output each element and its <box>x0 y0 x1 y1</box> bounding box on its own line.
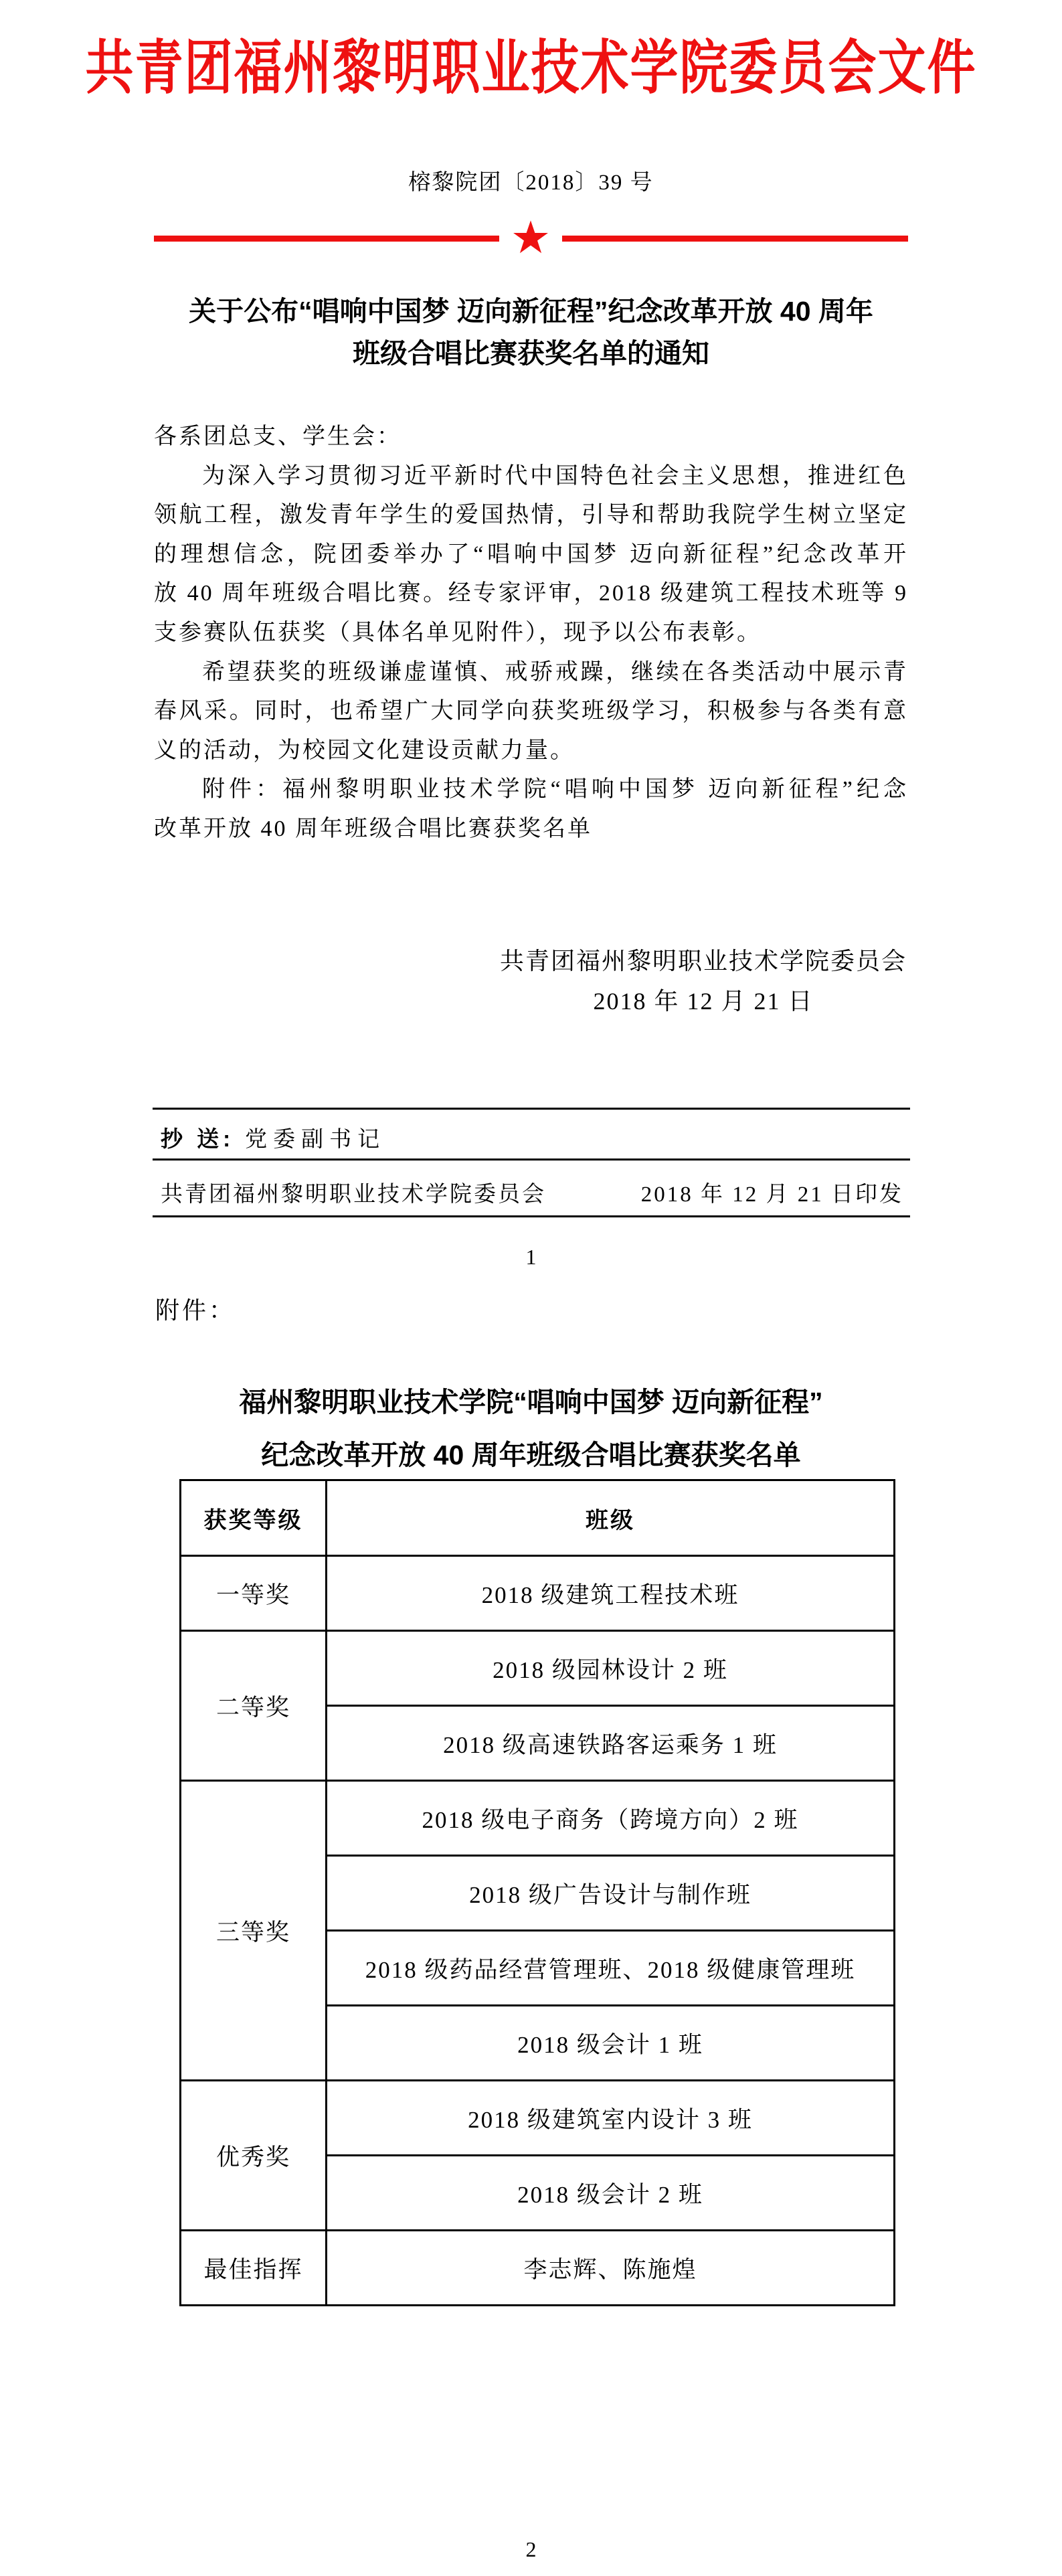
doc-number: 榕黎院团〔2018〕39 号 <box>0 165 1062 196</box>
class-cell: 2018 级园林设计 2 班 <box>327 1631 895 1706</box>
award-cell: 二等奖 <box>181 1631 327 1781</box>
class-cell: 2018 级电子商务（跨境方向）2 班 <box>327 1781 895 1856</box>
body-line: 为深入学习贯彻习近平新时代中国特色社会主义思想，推进红色 <box>154 457 908 497</box>
imprint-line: 共青团福州黎明职业技术学院委员会 2018 年 12 月 21 日印发 <box>161 1177 903 1208</box>
attachment-title: 福州黎明职业技术学院“唱响中国梦 迈向新征程” 纪念改革开放 40 周年班级合唱… <box>0 1376 1062 1482</box>
table-row: 一等奖 2018 级建筑工程技术班 <box>181 1556 895 1631</box>
class-cell: 2018 级高速铁路客运乘务 1 班 <box>327 1706 895 1781</box>
award-cell: 一等奖 <box>181 1556 327 1631</box>
body-line: 放 40 周年班级合唱比赛。经专家评审，2018 级建筑工程技术班等 9 <box>154 574 908 614</box>
body-line: 义的活动，为校园文化建设贡献力量。 <box>154 732 908 771</box>
page-2-number: 2 <box>0 2537 1062 2562</box>
table-header-class: 班级 <box>327 1480 895 1556</box>
red-star-icon <box>513 220 549 255</box>
table-row: 最佳指挥 李志辉、陈施煌 <box>181 2231 895 2306</box>
cc-line: 抄 送:党委副书记 <box>161 1122 385 1153</box>
class-cell: 2018 级药品经营管理班、2018 级健康管理班 <box>327 1931 895 2006</box>
class-cell: 2018 级会计 2 班 <box>327 2156 895 2231</box>
page-1-number: 1 <box>0 1245 1062 1270</box>
notice-title-line2: 班级合唱比赛获奖名单的通知 <box>0 333 1062 375</box>
red-header-title: 共青团福州黎明职业技术学院委员会文件 <box>0 20 1062 105</box>
class-cell: 李志辉、陈施煌 <box>327 2231 895 2306</box>
table-row: 三等奖 2018 级电子商务（跨境方向）2 班 <box>181 1781 895 1856</box>
attachment-title-line2: 纪念改革开放 40 周年班级合唱比赛获奖名单 <box>0 1429 1062 1482</box>
award-table: 获奖等级 班级 一等奖 2018 级建筑工程技术班 二等奖 2018 级园林设计… <box>179 1479 895 2306</box>
class-cell: 2018 级建筑工程技术班 <box>327 1556 895 1631</box>
class-cell: 2018 级广告设计与制作班 <box>327 1856 895 1931</box>
notice-title: 关于公布“唱响中国梦 迈向新征程”纪念改革开放 40 周年 班级合唱比赛获奖名单… <box>0 290 1062 375</box>
table-header-row: 获奖等级 班级 <box>181 1480 895 1556</box>
signature-org: 共青团福州黎明职业技术学院委员会 <box>500 941 907 981</box>
red-divider-right <box>562 236 908 242</box>
signature-date: 2018 年 12 月 21 日 <box>500 981 907 1021</box>
cc-value: 党委副书记 <box>245 1128 385 1152</box>
imprint-org: 共青团福州黎明职业技术学院委员会 <box>161 1177 546 1208</box>
award-cell: 三等奖 <box>181 1781 327 2081</box>
signature-block: 共青团福州黎明职业技术学院委员会 2018 年 12 月 21 日 <box>500 941 907 1021</box>
table-row: 优秀奖 2018 级建筑室内设计 3 班 <box>181 2081 895 2156</box>
document-page: 共青团福州黎明职业技术学院委员会文件 榕黎院团〔2018〕39 号 关于公布“唱… <box>0 0 1062 2576</box>
cc-divider-middle <box>153 1158 910 1161</box>
body-line: 春风采。同时，也希望广大同学向获奖班级学习，积极参与各类有意 <box>154 692 908 732</box>
attachment-ref-line: 附件：福州黎明职业技术学院“唱响中国梦 迈向新征程”纪念 <box>154 770 908 810</box>
class-cell: 2018 级建筑室内设计 3 班 <box>327 2081 895 2156</box>
attachment-ref-line: 改革开放 40 周年班级合唱比赛获奖名单 <box>154 810 908 849</box>
cc-divider-top <box>153 1108 910 1110</box>
table-row: 二等奖 2018 级园林设计 2 班 <box>181 1631 895 1706</box>
cc-divider-bottom <box>153 1215 910 1217</box>
cc-label: 抄 送: <box>161 1126 234 1151</box>
award-cell: 优秀奖 <box>181 2081 327 2231</box>
body-line: 支参赛队伍获奖（具体名单见附件），现予以公布表彰。 <box>154 614 908 653</box>
class-cell: 2018 级会计 1 班 <box>327 2006 895 2081</box>
body-line: 希望获奖的班级谦虚谨慎、戒骄戒躁，继续在各类活动中展示青 <box>154 653 908 693</box>
notice-title-line1: 关于公布“唱响中国梦 迈向新征程”纪念改革开放 40 周年 <box>0 290 1062 333</box>
attachment-label: 附件： <box>155 1292 236 1326</box>
body-line: 的理想信念，院团委举办了“唱响中国梦 迈向新征程”纪念改革开 <box>154 535 908 575</box>
award-cell: 最佳指挥 <box>181 2231 327 2306</box>
red-divider-left <box>154 236 499 242</box>
body-line: 领航工程，激发青年学生的爱国热情，引导和帮助我院学生树立坚定 <box>154 496 908 535</box>
imprint-date: 2018 年 12 月 21 日印发 <box>641 1177 903 1208</box>
notice-body: 各系团总支、学生会： 为深入学习贯彻习近平新时代中国特色社会主义思想，推进红色 … <box>154 418 908 849</box>
attachment-title-line1: 福州黎明职业技术学院“唱响中国梦 迈向新征程” <box>0 1376 1062 1429</box>
salutation-line: 各系团总支、学生会： <box>154 418 908 457</box>
table-header-award: 获奖等级 <box>181 1480 327 1556</box>
